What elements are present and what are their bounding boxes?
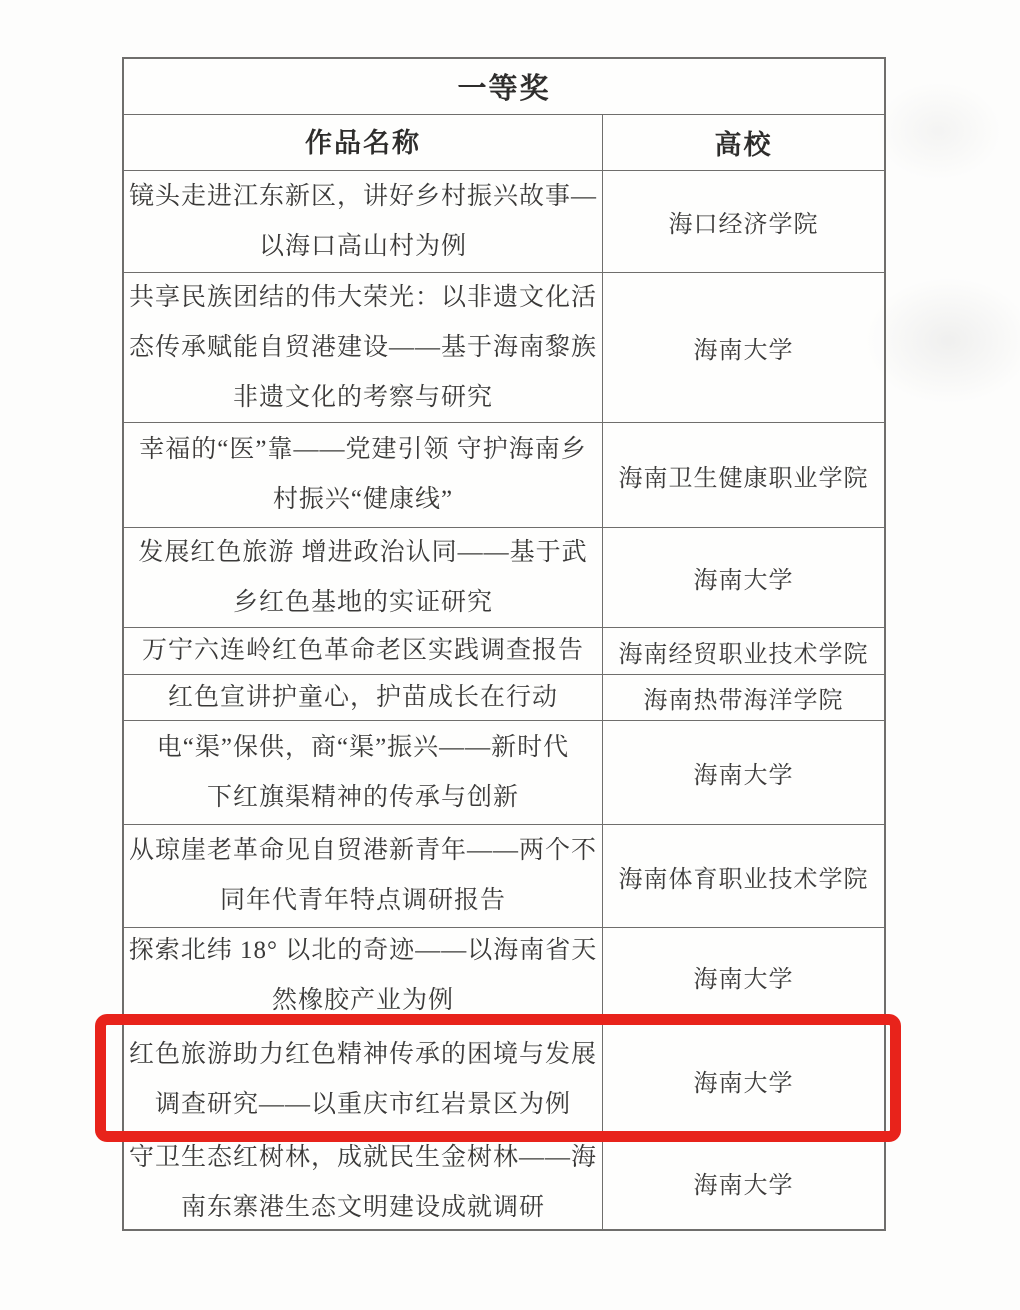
- work-title-cell: 镜头走进江东新区，讲好乡村振兴故事— 以海口高山村为例: [124, 171, 603, 272]
- work-title-cell: 万宁六连岭红色革命老区实践调查报告: [124, 628, 603, 674]
- university-cell: 海南卫生健康职业学院: [603, 423, 884, 527]
- university-cell: 海南经贸职业技术学院: [603, 628, 884, 674]
- table-row: 从琼崖老革命见自贸港新青年——两个不 同年代青年特点调研报告 海南体育职业技术学…: [124, 824, 884, 927]
- table-row-highlighted: 红色旅游助力红色精神传承的困境与发展 调查研究——以重庆市红岩景区为例 海南大学: [124, 1024, 884, 1135]
- work-title-cell: 红色旅游助力红色精神传承的困境与发展 调查研究——以重庆市红岩景区为例: [124, 1025, 603, 1135]
- work-title-cell: 共享民族团结的伟大荣光：以非遗文化活 态传承赋能自贸港建设——基于海南黎族 非遗…: [124, 273, 603, 422]
- table-row: 镜头走进江东新区，讲好乡村振兴故事— 以海口高山村为例 海口经济学院: [124, 170, 884, 272]
- university-cell: 海口经济学院: [603, 171, 884, 272]
- university-cell: 海南大学: [603, 1025, 884, 1135]
- table-row: 幸福的“医”靠——党建引领 守护海南乡 村振兴“健康线” 海南卫生健康职业学院: [124, 422, 884, 527]
- work-title-cell: 守卫生态红树林，成就民生金树林——海 南东寨港生态文明建设成就调研: [124, 1136, 603, 1229]
- university-cell: 海南大学: [603, 1136, 884, 1229]
- table-row: 发展红色旅游 增进政治认同——基于武 乡红色基地的实证研究 海南大学: [124, 527, 884, 627]
- award-table: 一等奖 作品名称 高校 镜头走进江东新区，讲好乡村振兴故事— 以海口高山村为例 …: [122, 57, 886, 1231]
- table-row: 红色宣讲护童心，护苗成长在行动 海南热带海洋学院: [124, 674, 884, 720]
- table-row: 万宁六连岭红色革命老区实践调查报告 海南经贸职业技术学院: [124, 627, 884, 674]
- university-cell: 海南热带海洋学院: [603, 675, 884, 720]
- work-title-cell: 电“渠”保供，商“渠”振兴——新时代 下红旗渠精神的传承与创新: [124, 721, 603, 824]
- work-title-cell: 探索北纬 18° 以北的奇迹——以海南省天 然橡胶产业为例: [124, 928, 603, 1024]
- work-title-cell: 从琼崖老革命见自贸港新青年——两个不 同年代青年特点调研报告: [124, 825, 603, 927]
- column-header-university: 高校: [603, 115, 884, 170]
- table-row-column-headers: 作品名称 高校: [124, 114, 884, 170]
- table-row: 电“渠”保供，商“渠”振兴——新时代 下红旗渠精神的传承与创新 海南大学: [124, 720, 884, 824]
- university-cell: 海南大学: [603, 928, 884, 1024]
- table-row: 探索北纬 18° 以北的奇迹——以海南省天 然橡胶产业为例 海南大学: [124, 927, 884, 1024]
- column-header-work: 作品名称: [124, 115, 603, 170]
- table-row: 共享民族团结的伟大荣光：以非遗文化活 态传承赋能自贸港建设——基于海南黎族 非遗…: [124, 272, 884, 422]
- table-row: 守卫生态红树林，成就民生金树林——海 南东寨港生态文明建设成就调研 海南大学: [124, 1135, 884, 1229]
- university-cell: 海南大学: [603, 528, 884, 627]
- work-title-cell: 幸福的“医”靠——党建引领 守护海南乡 村振兴“健康线”: [124, 423, 603, 527]
- university-cell: 海南体育职业技术学院: [603, 825, 884, 927]
- work-title-cell: 红色宣讲护童心，护苗成长在行动: [124, 675, 603, 720]
- award-tier-title: 一等奖: [124, 59, 884, 114]
- work-title-cell: 发展红色旅游 增进政治认同——基于武 乡红色基地的实证研究: [124, 528, 603, 627]
- university-cell: 海南大学: [603, 273, 884, 422]
- university-cell: 海南大学: [603, 721, 884, 824]
- table-row-grand-header: 一等奖: [124, 59, 884, 114]
